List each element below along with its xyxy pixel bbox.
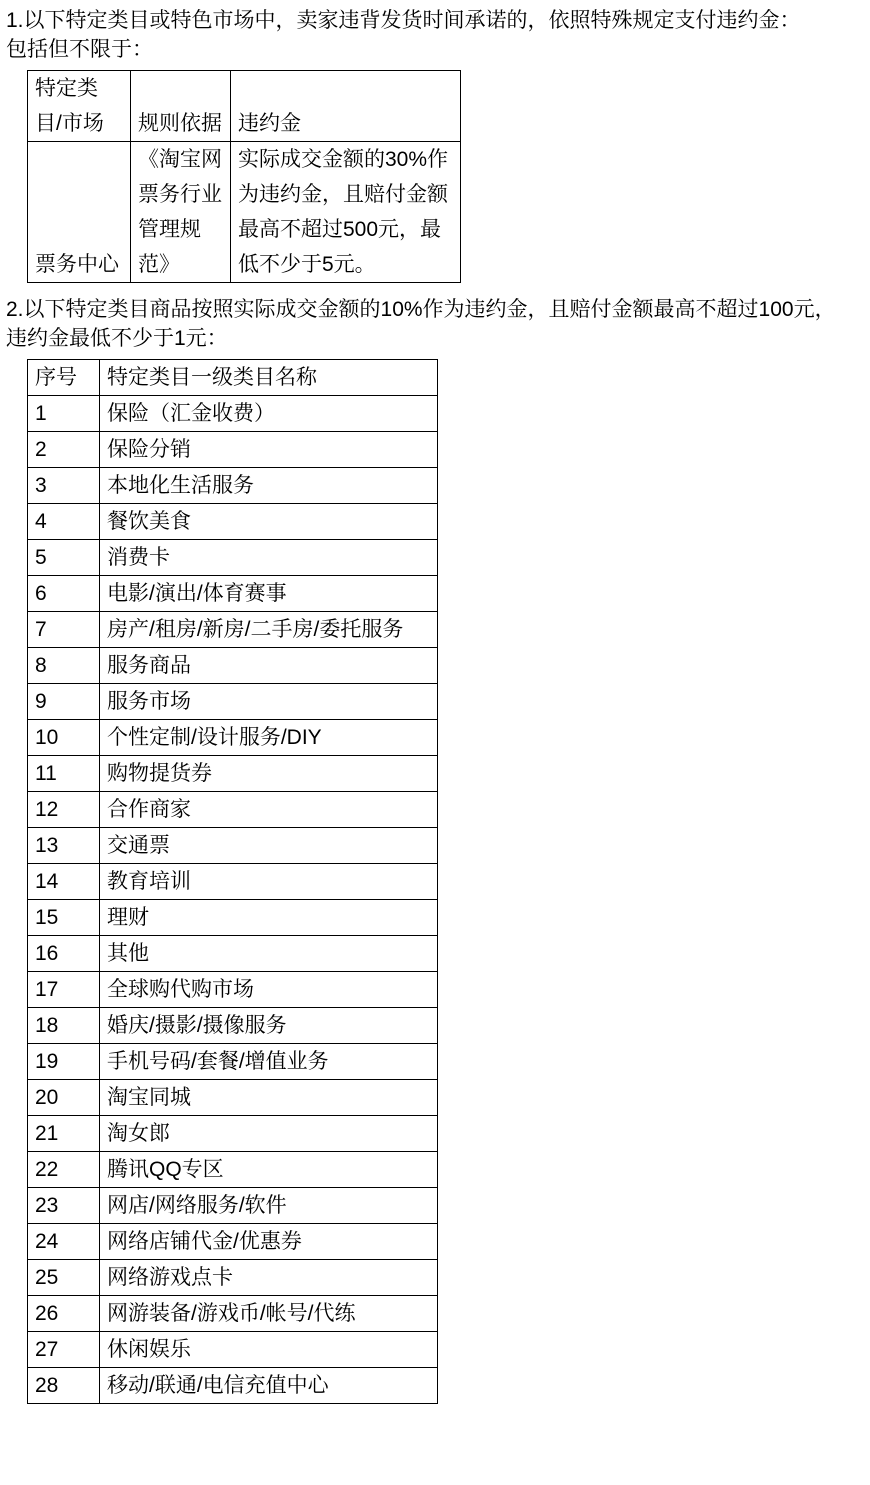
row-number-cell: 11 bbox=[28, 756, 100, 792]
category-name-cell: 理财 bbox=[100, 900, 438, 936]
table-row: 25网络游戏点卡 bbox=[28, 1260, 438, 1296]
table-row: 11购物提货券 bbox=[28, 756, 438, 792]
category-name-cell: 交通票 bbox=[100, 828, 438, 864]
row-number-cell: 23 bbox=[28, 1188, 100, 1224]
row-number-cell: 5 bbox=[28, 540, 100, 576]
category-name-cell: 淘宝同城 bbox=[100, 1080, 438, 1116]
penalty-rules-table: 特定类目/市场 规则依据 违约金 票务中心 《淘宝网票务行业管理规范》 实际成交… bbox=[27, 70, 461, 283]
row-number-cell: 16 bbox=[28, 936, 100, 972]
table-row: 14教育培训 bbox=[28, 864, 438, 900]
category-name-cell: 本地化生活服务 bbox=[100, 468, 438, 504]
category-name-cell: 腾讯QQ专区 bbox=[100, 1152, 438, 1188]
table-row: 13交通票 bbox=[28, 828, 438, 864]
row-number-cell: 13 bbox=[28, 828, 100, 864]
row-number-cell: 12 bbox=[28, 792, 100, 828]
category-name-cell: 婚庆/摄影/摄像服务 bbox=[100, 1008, 438, 1044]
column-header-category-market: 特定类目/市场 bbox=[28, 71, 131, 142]
category-name-cell: 电影/演出/体育赛事 bbox=[100, 576, 438, 612]
table-row: 22腾讯QQ专区 bbox=[28, 1152, 438, 1188]
cell-category-market: 票务中心 bbox=[28, 142, 131, 283]
table-row: 9服务市场 bbox=[28, 684, 438, 720]
category-name-cell: 保险分销 bbox=[100, 432, 438, 468]
table-row: 6电影/演出/体育赛事 bbox=[28, 576, 438, 612]
category-name-cell: 网络店铺代金/优惠券 bbox=[100, 1224, 438, 1260]
table-row: 19手机号码/套餐/增值业务 bbox=[28, 1044, 438, 1080]
category-name-cell: 服务商品 bbox=[100, 648, 438, 684]
table-row: 26网游装备/游戏币/帐号/代练 bbox=[28, 1296, 438, 1332]
row-number-cell: 2 bbox=[28, 432, 100, 468]
table-row: 3本地化生活服务 bbox=[28, 468, 438, 504]
cell-penalty: 实际成交金额的30%作为违约金，且赔付金额最高不超过500元，最低不少于5元。 bbox=[231, 142, 461, 283]
table-row: 18婚庆/摄影/摄像服务 bbox=[28, 1008, 438, 1044]
table-row: 票务中心 《淘宝网票务行业管理规范》 实际成交金额的30%作为违约金，且赔付金额… bbox=[28, 142, 461, 283]
row-number-cell: 25 bbox=[28, 1260, 100, 1296]
category-table-body: 1保险（汇金收费）2保险分销3本地化生活服务4餐饮美食5消费卡6电影/演出/体育… bbox=[28, 396, 438, 1404]
category-name-cell: 手机号码/套餐/增值业务 bbox=[100, 1044, 438, 1080]
column-header-penalty: 违约金 bbox=[231, 71, 461, 142]
intro-1-line-2: 包括但不限于： bbox=[6, 35, 870, 64]
category-name-cell: 网络游戏点卡 bbox=[100, 1260, 438, 1296]
table-row: 15理财 bbox=[28, 900, 438, 936]
intro-paragraph-1: 1.以下特定类目或特色市场中，卖家违背发货时间承诺的，依照特殊规定支付违约金： … bbox=[6, 6, 870, 64]
table-row: 23网店/网络服务/软件 bbox=[28, 1188, 438, 1224]
table-row: 24网络店铺代金/优惠券 bbox=[28, 1224, 438, 1260]
table-row: 28移动/联通/电信充值中心 bbox=[28, 1368, 438, 1404]
intro-1-line-1: 1.以下特定类目或特色市场中，卖家违背发货时间承诺的，依照特殊规定支付违约金： bbox=[6, 6, 870, 35]
category-name-cell: 全球购代购市场 bbox=[100, 972, 438, 1008]
row-number-cell: 26 bbox=[28, 1296, 100, 1332]
table-row: 4餐饮美食 bbox=[28, 504, 438, 540]
category-name-cell: 淘女郎 bbox=[100, 1116, 438, 1152]
row-number-cell: 15 bbox=[28, 900, 100, 936]
category-name-cell: 消费卡 bbox=[100, 540, 438, 576]
category-name-cell: 保险（汇金收费） bbox=[100, 396, 438, 432]
cell-rule-basis: 《淘宝网票务行业管理规范》 bbox=[131, 142, 231, 283]
category-name-cell: 个性定制/设计服务/DIY bbox=[100, 720, 438, 756]
category-name-cell: 购物提货券 bbox=[100, 756, 438, 792]
table-row: 10个性定制/设计服务/DIY bbox=[28, 720, 438, 756]
row-number-cell: 22 bbox=[28, 1152, 100, 1188]
row-number-cell: 27 bbox=[28, 1332, 100, 1368]
table-row: 20淘宝同城 bbox=[28, 1080, 438, 1116]
category-name-cell: 移动/联通/电信充值中心 bbox=[100, 1368, 438, 1404]
table-row: 16其他 bbox=[28, 936, 438, 972]
category-name-cell: 网游装备/游戏币/帐号/代练 bbox=[100, 1296, 438, 1332]
table-header-row: 特定类目/市场 规则依据 违约金 bbox=[28, 71, 461, 142]
intro-2-line-1: 2.以下特定类目商品按照实际成交金额的10%作为违约金，且赔付金额最高不超过10… bbox=[6, 295, 870, 324]
category-name-cell: 餐饮美食 bbox=[100, 504, 438, 540]
category-name-cell: 房产/租房/新房/二手房/委托服务 bbox=[100, 612, 438, 648]
row-number-cell: 18 bbox=[28, 1008, 100, 1044]
category-name-cell: 休闲娱乐 bbox=[100, 1332, 438, 1368]
row-number-cell: 20 bbox=[28, 1080, 100, 1116]
row-number-cell: 1 bbox=[28, 396, 100, 432]
table-row: 17全球购代购市场 bbox=[28, 972, 438, 1008]
intro-paragraph-2: 2.以下特定类目商品按照实际成交金额的10%作为违约金，且赔付金额最高不超过10… bbox=[6, 295, 870, 353]
intro-2-line-2: 违约金最低不少于1元： bbox=[6, 324, 870, 353]
table-row: 12合作商家 bbox=[28, 792, 438, 828]
category-name-cell: 网店/网络服务/软件 bbox=[100, 1188, 438, 1224]
category-name-cell: 合作商家 bbox=[100, 792, 438, 828]
row-number-cell: 19 bbox=[28, 1044, 100, 1080]
row-number-cell: 7 bbox=[28, 612, 100, 648]
table-row: 5消费卡 bbox=[28, 540, 438, 576]
column-header-rule-basis: 规则依据 bbox=[131, 71, 231, 142]
row-number-cell: 6 bbox=[28, 576, 100, 612]
table-row: 2保险分销 bbox=[28, 432, 438, 468]
table-header-row: 序号 特定类目一级类目名称 bbox=[28, 360, 438, 396]
row-number-cell: 28 bbox=[28, 1368, 100, 1404]
table-row: 21淘女郎 bbox=[28, 1116, 438, 1152]
table-row: 7房产/租房/新房/二手房/委托服务 bbox=[28, 612, 438, 648]
row-number-cell: 9 bbox=[28, 684, 100, 720]
row-number-cell: 8 bbox=[28, 648, 100, 684]
column-header-category-name: 特定类目一级类目名称 bbox=[100, 360, 438, 396]
table-row: 27休闲娱乐 bbox=[28, 1332, 438, 1368]
row-number-cell: 3 bbox=[28, 468, 100, 504]
table-row: 1保险（汇金收费） bbox=[28, 396, 438, 432]
column-header-index: 序号 bbox=[28, 360, 100, 396]
row-number-cell: 21 bbox=[28, 1116, 100, 1152]
row-number-cell: 24 bbox=[28, 1224, 100, 1260]
row-number-cell: 4 bbox=[28, 504, 100, 540]
category-name-cell: 教育培训 bbox=[100, 864, 438, 900]
category-name-cell: 其他 bbox=[100, 936, 438, 972]
row-number-cell: 17 bbox=[28, 972, 100, 1008]
category-list-table: 序号 特定类目一级类目名称 1保险（汇金收费）2保险分销3本地化生活服务4餐饮美… bbox=[27, 359, 438, 1404]
category-name-cell: 服务市场 bbox=[100, 684, 438, 720]
table-row: 8服务商品 bbox=[28, 648, 438, 684]
row-number-cell: 14 bbox=[28, 864, 100, 900]
row-number-cell: 10 bbox=[28, 720, 100, 756]
